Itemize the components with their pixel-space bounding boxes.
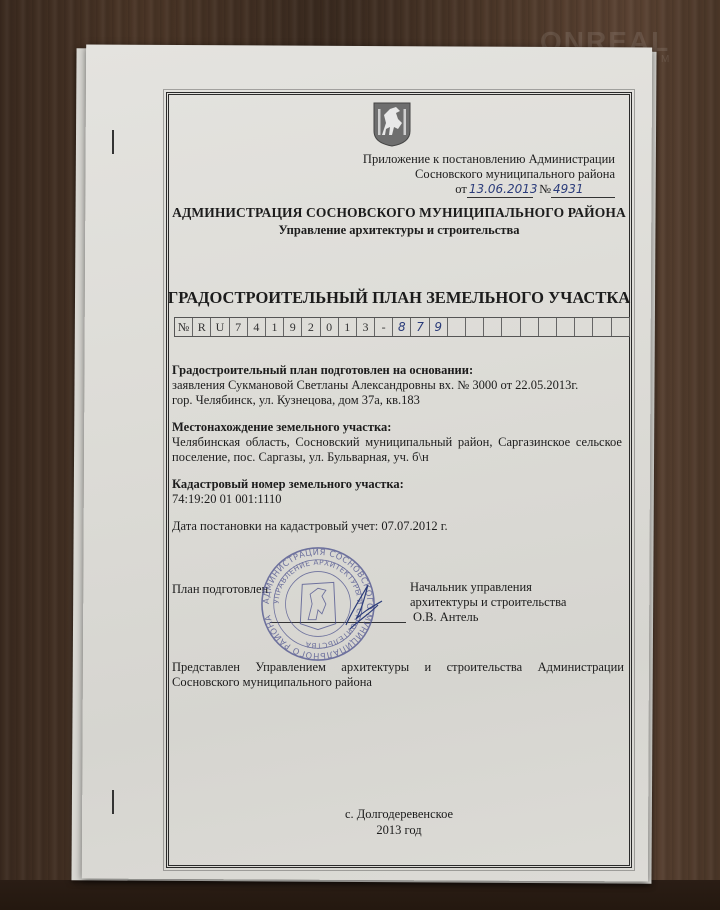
binding-hole-mark	[112, 130, 114, 154]
number-grid-cell: 9	[284, 318, 302, 336]
number-grid-cell: 3	[357, 318, 375, 336]
date-prefix: от	[455, 182, 467, 196]
number-grid-cell: 7	[411, 318, 429, 336]
number-grid-cell	[539, 318, 557, 336]
handwritten-date: 13.06.2013	[469, 182, 538, 196]
cadastral-section: Кадастровый номер земельного участка: 74…	[172, 477, 622, 507]
number-grid-cell	[466, 318, 484, 336]
location-section: Местонахождение земельного участка: Челя…	[172, 420, 622, 465]
signature-line	[270, 622, 406, 623]
cadastral-label: Кадастровый номер земельного участка:	[172, 477, 622, 492]
number-grid-cell: 1	[339, 318, 357, 336]
number-grid-cell	[502, 318, 520, 336]
basis-line-1: заявления Сукмановой Светланы Александро…	[172, 378, 622, 393]
number-grid-cell: 9	[430, 318, 448, 336]
document-number-grid: №RU74192013-879	[174, 317, 630, 337]
registration-date: Дата постановки на кадастровый учет: 07.…	[172, 519, 622, 534]
chief-signature-block: Начальник управления архитектуры и строи…	[410, 580, 566, 625]
binding-hole-mark	[112, 790, 114, 814]
number-grid-cell	[612, 318, 629, 336]
basis-line-2: гор. Челябинск, ул. Кузнецова, дом 37а, …	[172, 393, 622, 408]
plan-prepared-label: План подготовлен	[172, 582, 268, 597]
number-grid-cell: U	[211, 318, 229, 336]
number-grid-cell: R	[193, 318, 211, 336]
organization-name: АДМИНИСТРАЦИЯ СОСНОВСКОГО МУНИЦИПАЛЬНОГО…	[166, 205, 632, 221]
number-grid-cell	[557, 318, 575, 336]
number-grid-cell: 2	[302, 318, 320, 336]
footer: с. Долгодеревенское 2013 год	[166, 806, 632, 838]
department-name: Управление архитектуры и строительства	[166, 223, 632, 238]
wooden-table	[0, 880, 720, 910]
location-label: Местонахождение земельного участка:	[172, 420, 622, 435]
number-grid-cell	[484, 318, 502, 336]
presented-by: Представлен Управлением архитектуры и ст…	[172, 660, 624, 690]
chief-title-line-1: Начальник управления	[410, 580, 566, 595]
appendix-reference: Приложение к постановлению Администрации…	[315, 152, 615, 198]
cadastral-number: 74:19:20 01 001:1110	[172, 492, 622, 507]
appendix-date-number: от13.06.2013 №4931	[315, 182, 615, 198]
number-grid-cell: 4	[248, 318, 266, 336]
chelyabinsk-coat-of-arms-icon	[372, 101, 412, 147]
number-grid-cell	[593, 318, 611, 336]
appendix-line-1: Приложение к постановлению Администрации	[315, 152, 615, 167]
number-grid-cell: 8	[393, 318, 411, 336]
document-title: ГРАДОСТРОИТЕЛЬНЫЙ ПЛАН ЗЕМЕЛЬНОГО УЧАСТК…	[166, 288, 632, 308]
number-grid-cell: 7	[230, 318, 248, 336]
number-grid-cell	[575, 318, 593, 336]
basis-section: Градостроительный план подготовлен на ос…	[172, 363, 622, 408]
appendix-line-2: Сосновского муниципального района	[315, 167, 615, 182]
number-grid-cell	[521, 318, 539, 336]
number-grid-cell: 1	[266, 318, 284, 336]
basis-label: Градостроительный план подготовлен на ос…	[172, 363, 622, 378]
number-grid-cell	[448, 318, 466, 336]
chief-name: О.В. Антель	[413, 610, 566, 625]
number-grid-cell: 0	[321, 318, 339, 336]
footer-place: с. Долгодеревенское	[166, 806, 632, 822]
chief-title-line-2: архитектуры и строительства	[410, 595, 566, 610]
number-grid-cell: №	[175, 318, 193, 336]
footer-year: 2013 год	[166, 822, 632, 838]
number-prefix: №	[539, 182, 551, 196]
location-text: Челябинская область, Сосновский муниципа…	[172, 435, 622, 465]
handwritten-number: 4931	[553, 182, 584, 196]
number-grid-cell: -	[375, 318, 393, 336]
